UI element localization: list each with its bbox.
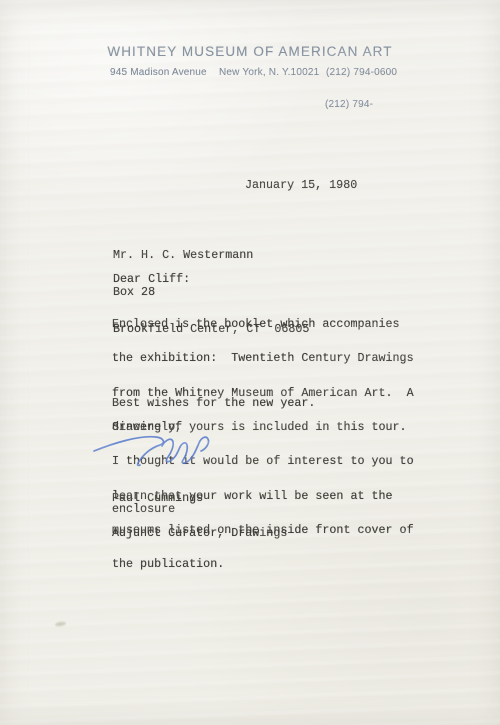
closing-line: Best wishes for the new year.	[112, 398, 315, 409]
letter-date: January 15, 1980	[245, 180, 357, 191]
letterhead-title: WHITNEY MUSEUM OF AMERICAN ART	[0, 44, 500, 59]
paper-smudge	[55, 621, 66, 626]
salutation: Dear Cliff:	[113, 274, 190, 285]
body-line: Enclosed is the booklet which accompanie…	[112, 319, 414, 330]
letterhead-street: 945 Madison Avenue	[110, 67, 207, 78]
sender-block: Paul Cummings Adjunct Curator, Drawings	[112, 469, 287, 563]
signature-icon	[90, 430, 235, 470]
letter-page: WHITNEY MUSEUM OF AMERICAN ART 945 Madis…	[0, 0, 500, 725]
sender-title: Adjunct Curator, Drawings	[112, 528, 287, 540]
letterhead-phone: (212) 794-0600	[326, 67, 397, 78]
letterhead-city: New York, N. Y.10021	[219, 67, 319, 78]
body-line: the exhibition: Twentieth Century Drawin…	[112, 353, 414, 364]
letterhead-phone-partial: (212) 794-	[325, 99, 373, 110]
enclosure-note: enclosure	[112, 504, 175, 515]
recipient-name-line: Mr. H. C. Westermann	[113, 249, 309, 261]
